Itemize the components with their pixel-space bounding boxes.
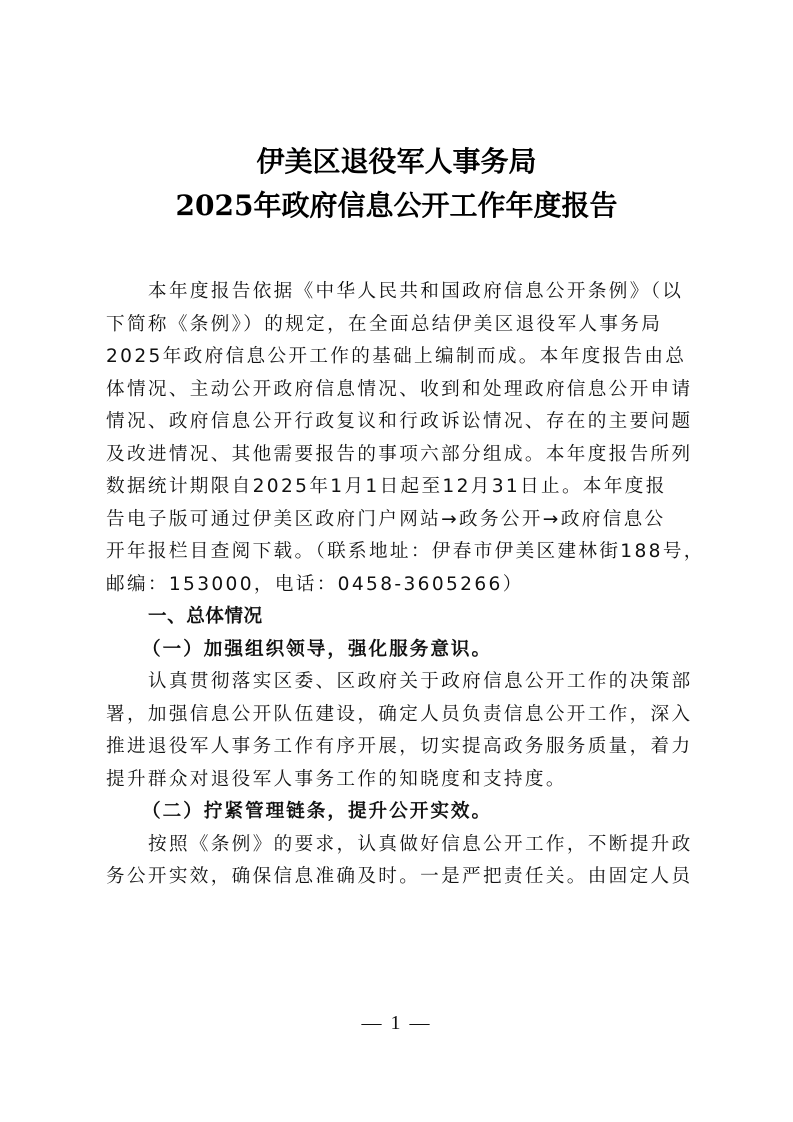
text-line: 推进退役军人事务工作有序开展，切实提高政务服务质量，着力	[106, 731, 696, 764]
page-number: — 1 —	[0, 1012, 793, 1035]
text-line: 告电子版可通过伊美区政府门户网站→政务公开→政府信息公	[106, 504, 696, 537]
text-line: 署，加强信息公开队伍建设，确定人员负责信息公开工作，深入	[106, 699, 696, 732]
text-line: 务公开实效，确保信息准确及时。一是严把责任关。由固定人员	[106, 861, 696, 894]
text-line: 认真贯彻落实区委、区政府关于政府信息公开工作的决策部	[106, 666, 696, 699]
text-line: 下简称《条例》）的规定，在全面总结伊美区退役军人事务局	[106, 309, 696, 342]
text-line: 开年报栏目查阅下载。（联系地址：伊春市伊美区建林街188号，	[106, 536, 696, 569]
text-line: 情况、政府信息公开行政复议和行政诉讼情况、存在的主要问题	[106, 406, 696, 439]
text-line: 本年度报告依据《中华人民共和国政府信息公开条例》（以	[106, 276, 696, 309]
text-line: 体情况、主动公开政府信息情况、收到和处理政府信息公开申请	[106, 374, 696, 407]
subsection-heading: （一）加强组织领导，强化服务意识。	[106, 634, 696, 667]
section-heading: 一、总体情况	[106, 601, 696, 634]
document-page: 伊美区退役军人事务局 2025年政府信息公开工作年度报告 本年度报告依据《中华人…	[0, 0, 793, 1122]
text-line: 提升群众对退役军人事务工作的知晓度和支持度。	[106, 764, 696, 797]
document-title: 伊美区退役军人事务局 2025年政府信息公开工作年度报告	[0, 140, 793, 228]
title-line-2: 2025年政府信息公开工作年度报告	[0, 184, 793, 228]
text-line: 数据统计期限自2025年1月1日起至12月31日止。本年度报	[106, 471, 696, 504]
text-line: 按照《条例》的要求，认真做好信息公开工作，不断提升政	[106, 829, 696, 862]
section-1: 一、总体情况 （一）加强组织领导，强化服务意识。 认真贯彻落实区委、区政府关于政…	[106, 601, 696, 894]
text-line: 2025年政府信息公开工作的基础上编制而成。本年度报告由总	[106, 341, 696, 374]
title-line-1: 伊美区退役军人事务局	[0, 140, 793, 184]
document-body: 本年度报告依据《中华人民共和国政府信息公开条例》（以 下简称《条例》）的规定，在…	[106, 276, 696, 894]
text-line: 邮编：153000，电话：0458-3605266）	[106, 569, 696, 602]
text-line: 及改进情况、其他需要报告的事项六部分组成。本年度报告所列	[106, 439, 696, 472]
subsection-heading: （二）拧紧管理链条，提升公开实效。	[106, 796, 696, 829]
intro-paragraph: 本年度报告依据《中华人民共和国政府信息公开条例》（以 下简称《条例》）的规定，在…	[106, 276, 696, 601]
